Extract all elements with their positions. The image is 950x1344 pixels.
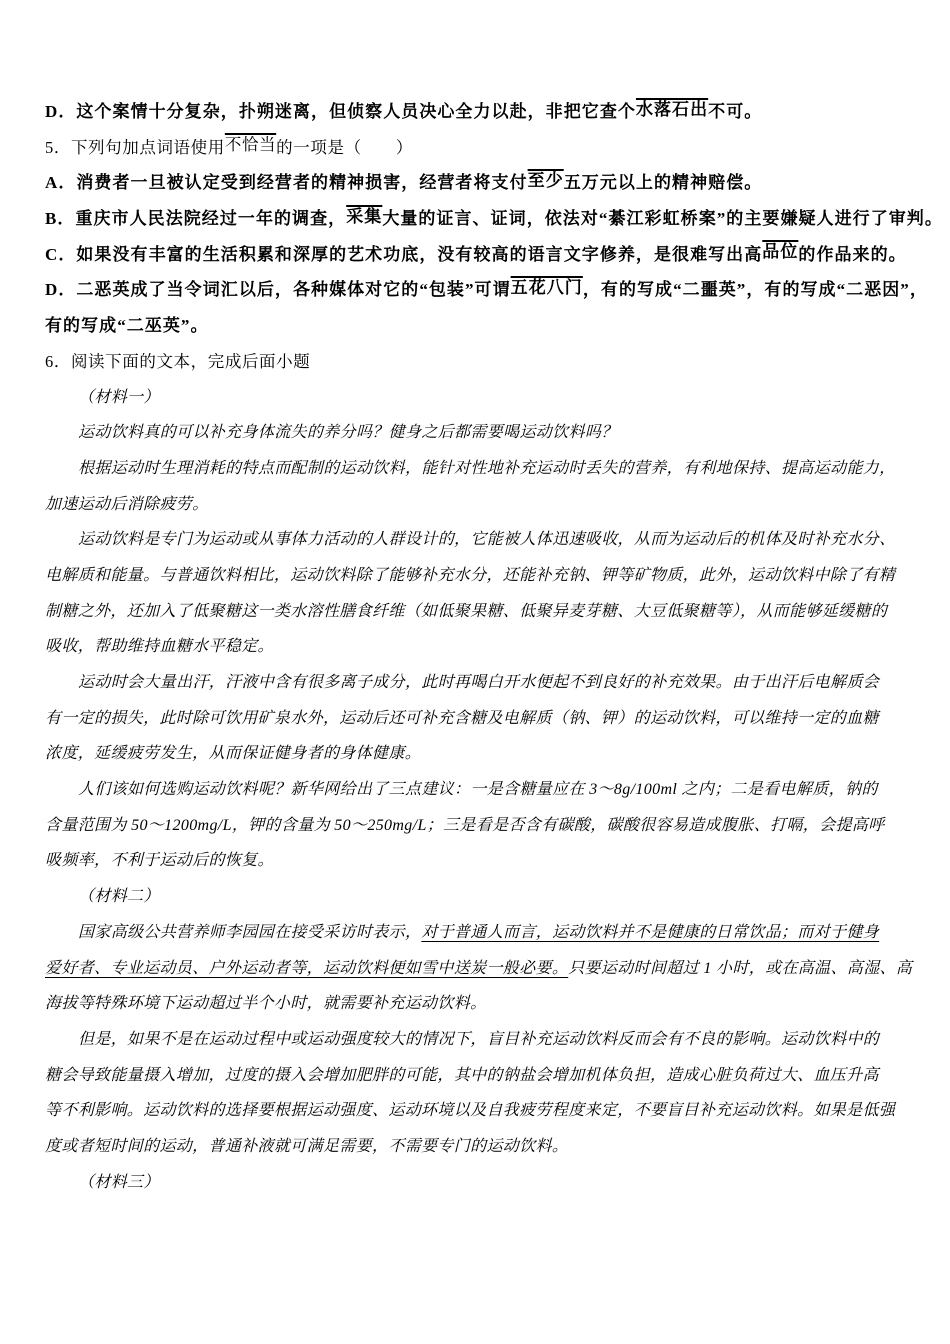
text-segment: （材料一） (78, 389, 160, 406)
material-1-heading: （材料一） (45, 380, 909, 416)
text-segment: 电解质和能量。与普通饮料相比，运动饮料除了能够补充水分，还能补充钠、钾等矿物质，… (45, 567, 895, 584)
material-1-line: 运动饮料真的可以补充身体流失的养分吗？健身之后都需要喝运动饮料吗？ (45, 415, 909, 451)
text-segment: D．这个案情十分复杂，扑朔迷离，但侦察人员决心全力以赴，非把它查个 (45, 102, 636, 121)
option-d-q5: D．二恶英成了当令词汇以后，各种媒体对它的“包装”可谓五花八门，有的写成“二噩英… (45, 272, 909, 308)
text-segment: 度或者短时间的运动，普通补液就可满足需要，不需要专门的运动饮料。 (45, 1138, 568, 1155)
text-segment: C．如果没有丰富的生活积累和深厚的艺术功底，没有较高的语言文字修养，是很难写出高 (45, 245, 762, 264)
text-segment: 等不利影响。运动饮料的选择要根据运动强度、运动环境以及自我疲劳程度来定，不要盲目… (45, 1102, 895, 1119)
material-1-line: 运动饮料是专门为运动或从事体力活动的人群设计的，它能被人体迅速吸收，从而为运动后… (45, 522, 909, 558)
material-2-line: 但是，如果不是在运动过程中或运动强度较大的情况下，盲目补充运动饮料反而会有不良的… (45, 1022, 909, 1058)
text-segment: 吸收，帮助维持血糖水平稳定。 (45, 638, 274, 655)
emphasized-word: 水落石出 (636, 100, 708, 119)
material-2-line: 国家高级公共营养师李园园在接受采访时表示，对于普通人而言，运动饮料并不是健康的日… (45, 915, 909, 951)
material-2-heading: （材料二） (45, 879, 909, 915)
option-a: A．消费者一旦被认定受到经营者的精神损害，经营者将支付至少五万元以上的精神赔偿。 (45, 165, 909, 201)
material-1-line: 吸收，帮助维持血糖水平稳定。 (45, 629, 909, 665)
material-1-line: 电解质和能量。与普通饮料相比，运动饮料除了能够补充水分，还能补充钠、钾等矿物质，… (45, 558, 909, 594)
material-1-line: 制糖之外，还加入了低聚糖这一类水溶性膳食纤维（如低聚果糖、低聚异麦芽糖、大豆低聚… (45, 594, 909, 630)
option-c: C．如果没有丰富的生活积累和深厚的艺术功底，没有较高的语言文字修养，是很难写出高… (45, 237, 909, 273)
material-1-line: 加速运动后消除疲劳。 (45, 487, 909, 523)
text-segment: （材料三） (78, 1174, 160, 1191)
material-2-line: 度或者短时间的运动，普通补液就可满足需要，不需要专门的运动饮料。 (45, 1129, 909, 1165)
text-segment: 的作品来的。 (798, 245, 906, 264)
text-segment: 加速运动后消除疲劳。 (45, 496, 209, 513)
text-segment: 6．阅读下面的文本，完成后面小题 (45, 352, 310, 371)
text-segment: 含量范围为 50～1200mg/L，钾的含量为 50～250mg/L；三是看是否… (45, 817, 885, 834)
material-2-line: 糖会导致能量摄入增加，过度的摄入会增加肥胖的可能，其中的钠盐会增加机体负担，造成… (45, 1058, 909, 1094)
material-1-line: 根据运动时生理消耗的特点而配制的运动饮料，能针对性地补充运动时丢失的营养，有利地… (45, 451, 909, 487)
emphasized-word: 不恰当 (225, 135, 276, 154)
emphasized-word: 采集 (346, 207, 382, 226)
text-segment: 糖会导致能量摄入增加，过度的摄入会增加肥胖的可能，其中的钠盐会增加机体负担，造成… (45, 1067, 879, 1084)
emphasized-word: 至少 (528, 171, 564, 190)
material-1-line: 含量范围为 50～1200mg/L，钾的含量为 50～250mg/L；三是看是否… (45, 808, 909, 844)
material-1-line: 有一定的损失，此时除可饮用矿泉水外，运动后还可补充含糖及电解质（钠、钾）的运动饮… (45, 701, 909, 737)
text-segment: 5．下列句加点词语使用 (45, 138, 225, 157)
emphasized-word: 五花八门 (511, 278, 583, 297)
text-segment: 但是，如果不是在运动过程中或运动强度较大的情况下，盲目补充运动饮料反而会有不良的… (78, 1031, 879, 1048)
text-segment: 运动饮料是专门为运动或从事体力活动的人群设计的，它能被人体迅速吸收，从而为运动后… (78, 531, 896, 548)
question-5-stem: 5．下列句加点词语使用不恰当的一项是（ ） (45, 130, 909, 166)
text-segment: 有的写成“二巫英”。 (45, 316, 209, 335)
text-segment: 的一项是（ ） (276, 138, 413, 157)
text-segment: 有一定的损失，此时除可饮用矿泉水外，运动后还可补充含糖及电解质（钠、钾）的运动饮… (45, 710, 879, 727)
text-segment: （材料二） (78, 888, 160, 905)
text-segment: 运动时会大量出汗，汗液中含有很多离子成分，此时再喝白开水便起不到良好的补充效果。… (78, 674, 879, 691)
material-1-line: 运动时会大量出汗，汗液中含有很多离子成分，此时再喝白开水便起不到良好的补充效果。… (45, 665, 909, 701)
text-segment: 五万元以上的精神赔偿。 (564, 173, 763, 192)
text-segment: 制糖之外，还加入了低聚糖这一类水溶性膳食纤维（如低聚果糖、低聚异麦芽糖、大豆低聚… (45, 603, 887, 620)
text-segment: A．消费者一旦被认定受到经营者的精神损害，经营者将支付 (45, 173, 528, 192)
text-segment: D．二恶英成了当令词汇以后，各种媒体对它的“包装”可谓 (45, 280, 511, 299)
exam-document-body: D．这个案情十分复杂，扑朔迷离，但侦察人员决心全力以赴，非把它查个水落石出不可。… (45, 94, 909, 1200)
material-1-line: 吸频率，不利于运动后的恢复。 (45, 843, 909, 879)
text-segment: 国家高级公共营养师李园园在接受采访时表示， (78, 924, 421, 941)
option-d-q5-cont: 有的写成“二巫英”。 (45, 308, 909, 344)
material-2-line: 爱好者、专业运动员、户外运动者等，运动饮料便如雪中送炭一般必要。只要运动时间超过… (45, 951, 909, 987)
text-segment: 浓度，延缓疲劳发生，从而保证健身者的身体健康。 (45, 745, 421, 762)
text-segment: 不可。 (708, 102, 762, 121)
material-1-line: 人们该如何选购运动饮料呢？新华网给出了三点建议：一是含糖量应在 3～8g/100… (45, 772, 909, 808)
text-segment: ，有的写成“二噩英”，有的写成“二恶因”， (583, 280, 928, 299)
text-segment: 大量的证言、证词，依法对“綦江彩虹桥案”的主要嫌疑人进行了审判。 (382, 209, 943, 228)
material-1-line: 浓度，延缓疲劳发生，从而保证健身者的身体健康。 (45, 736, 909, 772)
text-segment: 海拔等特殊环境下运动超过半个小时，就需要补充运动饮料。 (45, 995, 486, 1012)
material-2-line: 等不利影响。运动饮料的选择要根据运动强度、运动环境以及自我疲劳程度来定，不要盲目… (45, 1093, 909, 1129)
text-segment: B．重庆市人民法院经过一年的调查， (45, 209, 346, 228)
underlined-passage: 对于普通人而言，运动饮料并不是健康的日常饮品；而对于健身 (421, 924, 879, 941)
text-segment: 只要运动时间超过 1 小时，或在高温、高湿、高 (568, 960, 912, 977)
option-b: B．重庆市人民法院经过一年的调查，采集大量的证言、证词，依法对“綦江彩虹桥案”的… (45, 201, 909, 237)
material-2-line: 海拔等特殊环境下运动超过半个小时，就需要补充运动饮料。 (45, 986, 909, 1022)
text-segment: 吸频率，不利于运动后的恢复。 (45, 852, 274, 869)
emphasized-word: 品位 (762, 242, 798, 261)
text-segment: 运动饮料真的可以补充身体流失的养分吗？健身之后都需要喝运动饮料吗？ (78, 424, 618, 441)
question-6-stem: 6．阅读下面的文本，完成后面小题 (45, 344, 909, 380)
text-segment: 根据运动时生理消耗的特点而配制的运动饮料，能针对性地补充运动时丢失的营养，有利地… (78, 460, 896, 477)
option-d-q4: D．这个案情十分复杂，扑朔迷离，但侦察人员决心全力以赴，非把它查个水落石出不可。 (45, 94, 909, 130)
text-segment: 人们该如何选购运动饮料呢？新华网给出了三点建议：一是含糖量应在 3～8g/100… (78, 781, 878, 798)
underlined-passage: 爱好者、专业运动员、户外运动者等，运动饮料便如雪中送炭一般必要。 (45, 960, 568, 977)
material-3-heading: （材料三） (45, 1165, 909, 1201)
